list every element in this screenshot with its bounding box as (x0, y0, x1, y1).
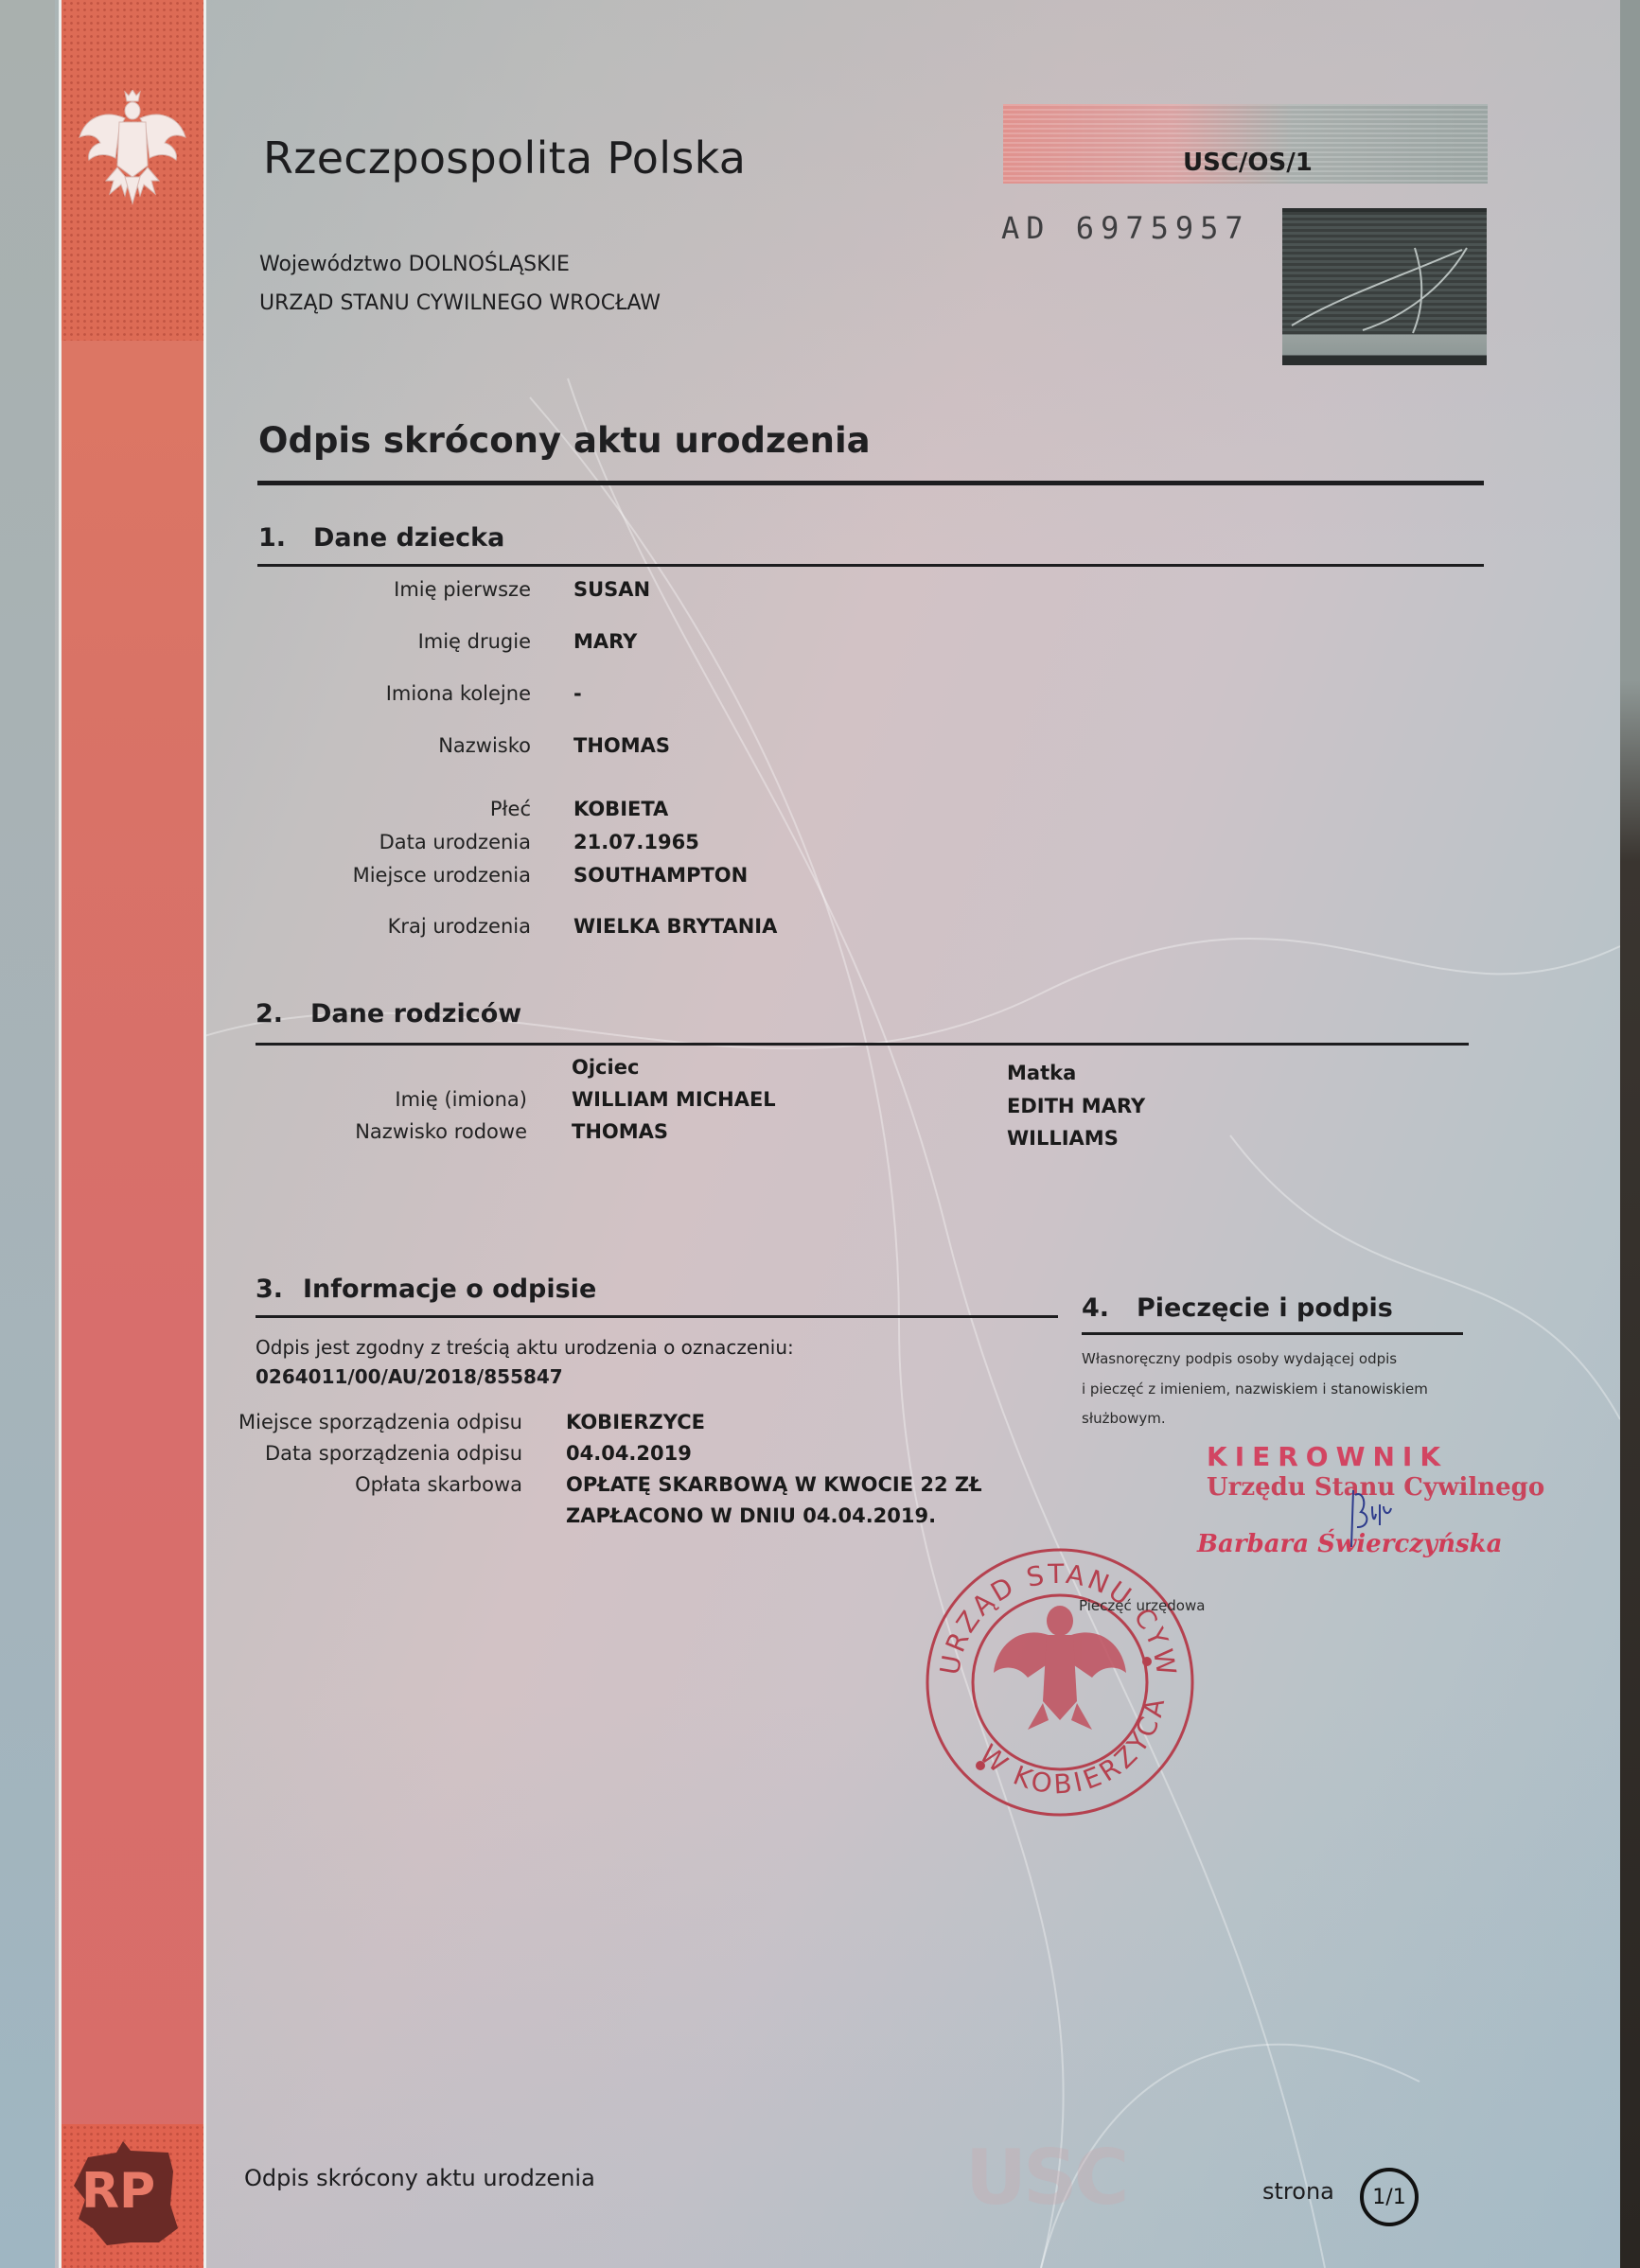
document-title: Odpis skrócony aktu urodzenia (258, 420, 871, 461)
copy-field-label: Miejsce sporządzenia odpisu (238, 1411, 522, 1433)
child-field-value: 21.07.1965 (573, 831, 699, 853)
copy-field-value: OPŁATĘ SKARBOWĄ W KWOCIE 22 ZŁ (566, 1473, 982, 1496)
signature-instruction-line-1: Własnoręczny podpis osoby wydającej odpi… (1082, 1350, 1397, 1367)
child-field-value: SUSAN (573, 578, 650, 601)
security-hologram (1282, 208, 1487, 365)
mother-value: EDITH MARY (1007, 1095, 1145, 1117)
section-1-divider (257, 564, 1484, 567)
section-2-divider (256, 1043, 1469, 1046)
child-field-value: WIELKA BRYTANIA (573, 915, 777, 938)
official-round-seal: URZĄD STANU CYWILNEGO W KOBIERZYCACH (916, 1540, 1200, 1824)
left-light-strip (0, 0, 55, 2268)
polish-eagle-icon (76, 90, 189, 208)
child-field-value: THOMAS (573, 734, 670, 757)
section-3-divider (256, 1315, 1058, 1318)
signature-instruction-line-3: służbowym. (1082, 1410, 1166, 1427)
serial-number: AD 6975957 (1001, 210, 1250, 246)
section-4-divider (1082, 1332, 1463, 1335)
stamp-title: KIEROWNIK (1207, 1441, 1448, 1472)
child-field-label: Miejsce urodzenia (353, 864, 531, 887)
child-field-label: Imiona kolejne (386, 682, 531, 705)
copy-field-label: Data sporządzenia odpisu (265, 1442, 522, 1465)
mother-column-header: Matka (1007, 1062, 1076, 1084)
child-field-label: Nazwisko (438, 734, 531, 757)
child-field-value: MARY (573, 630, 637, 653)
father-value: WILLIAM MICHAEL (572, 1088, 776, 1111)
usc-watermark: USC (965, 2134, 1125, 2222)
section-2-heading: 2.Dane rodziców (256, 999, 521, 1029)
left-red-strip (59, 0, 206, 2268)
parent-field-label: Imię (imiona) (395, 1088, 527, 1111)
form-code: USC/OS/1 (1183, 149, 1313, 177)
official-seal-caption: Pieczęć urzędowa (1079, 1597, 1205, 1614)
copy-field-label: Opłata skarbowa (355, 1473, 522, 1496)
father-column-header: Ojciec (572, 1056, 639, 1079)
rp-poland-logo-icon: RP (64, 2134, 187, 2257)
page-label: strona (1262, 2178, 1334, 2205)
child-field-value: SOUTHAMPTON (573, 864, 748, 887)
svg-text:RP: RP (81, 2163, 155, 2220)
section-3-heading: 3.Informacje o odpisie (256, 1275, 596, 1304)
child-field-label: Data urodzenia (379, 831, 531, 853)
stamp-office: Urzędu Stanu Cywilnego (1207, 1473, 1544, 1502)
copy-statement: Odpis jest zgodny z treścią aktu urodzen… (256, 1336, 794, 1359)
country-name: Rzeczpospolita Polska (263, 132, 746, 184)
parent-field-label: Nazwisko rodowe (355, 1120, 527, 1143)
act-reference-number: 0264011/00/AU/2018/855847 (256, 1365, 563, 1388)
child-field-value: - (573, 682, 582, 705)
child-field-label: Płeć (490, 798, 531, 820)
footer-title: Odpis skrócony aktu urodzenia (244, 2165, 595, 2191)
section-1-heading: 1.Dane dziecka (258, 523, 504, 553)
child-field-value: KOBIETA (573, 798, 668, 820)
child-field-label: Kraj urodzenia (388, 915, 531, 938)
section-4-heading: 4.Pieczęcie i podpis (1082, 1293, 1393, 1323)
registry-office: URZĄD STANU CYWILNEGO WROCŁAW (259, 291, 661, 315)
title-divider (257, 481, 1484, 485)
child-field-label: Imię pierwsze (394, 578, 531, 601)
page-number: 1/1 (1360, 2168, 1419, 2226)
birth-certificate-page: Rzeczpospolita Polska Województwo DOLNOŚ… (0, 0, 1620, 2268)
mother-value: WILLIAMS (1007, 1127, 1119, 1150)
child-field-label: Imię drugie (418, 630, 531, 653)
copy-field-value-line2: ZAPŁACONO W DNIU 04.04.2019. (566, 1504, 936, 1527)
stamp-name: Barbara Świerczyńska (1197, 1530, 1503, 1558)
voivodeship: Województwo DOLNOŚLĄSKIE (259, 253, 570, 276)
copy-field-value: KOBIERZYCE (566, 1411, 705, 1433)
signature-instruction-line-2: i pieczęć z imieniem, nazwiskiem i stano… (1082, 1380, 1428, 1398)
copy-field-value: 04.04.2019 (566, 1442, 692, 1465)
father-value: THOMAS (572, 1120, 668, 1143)
